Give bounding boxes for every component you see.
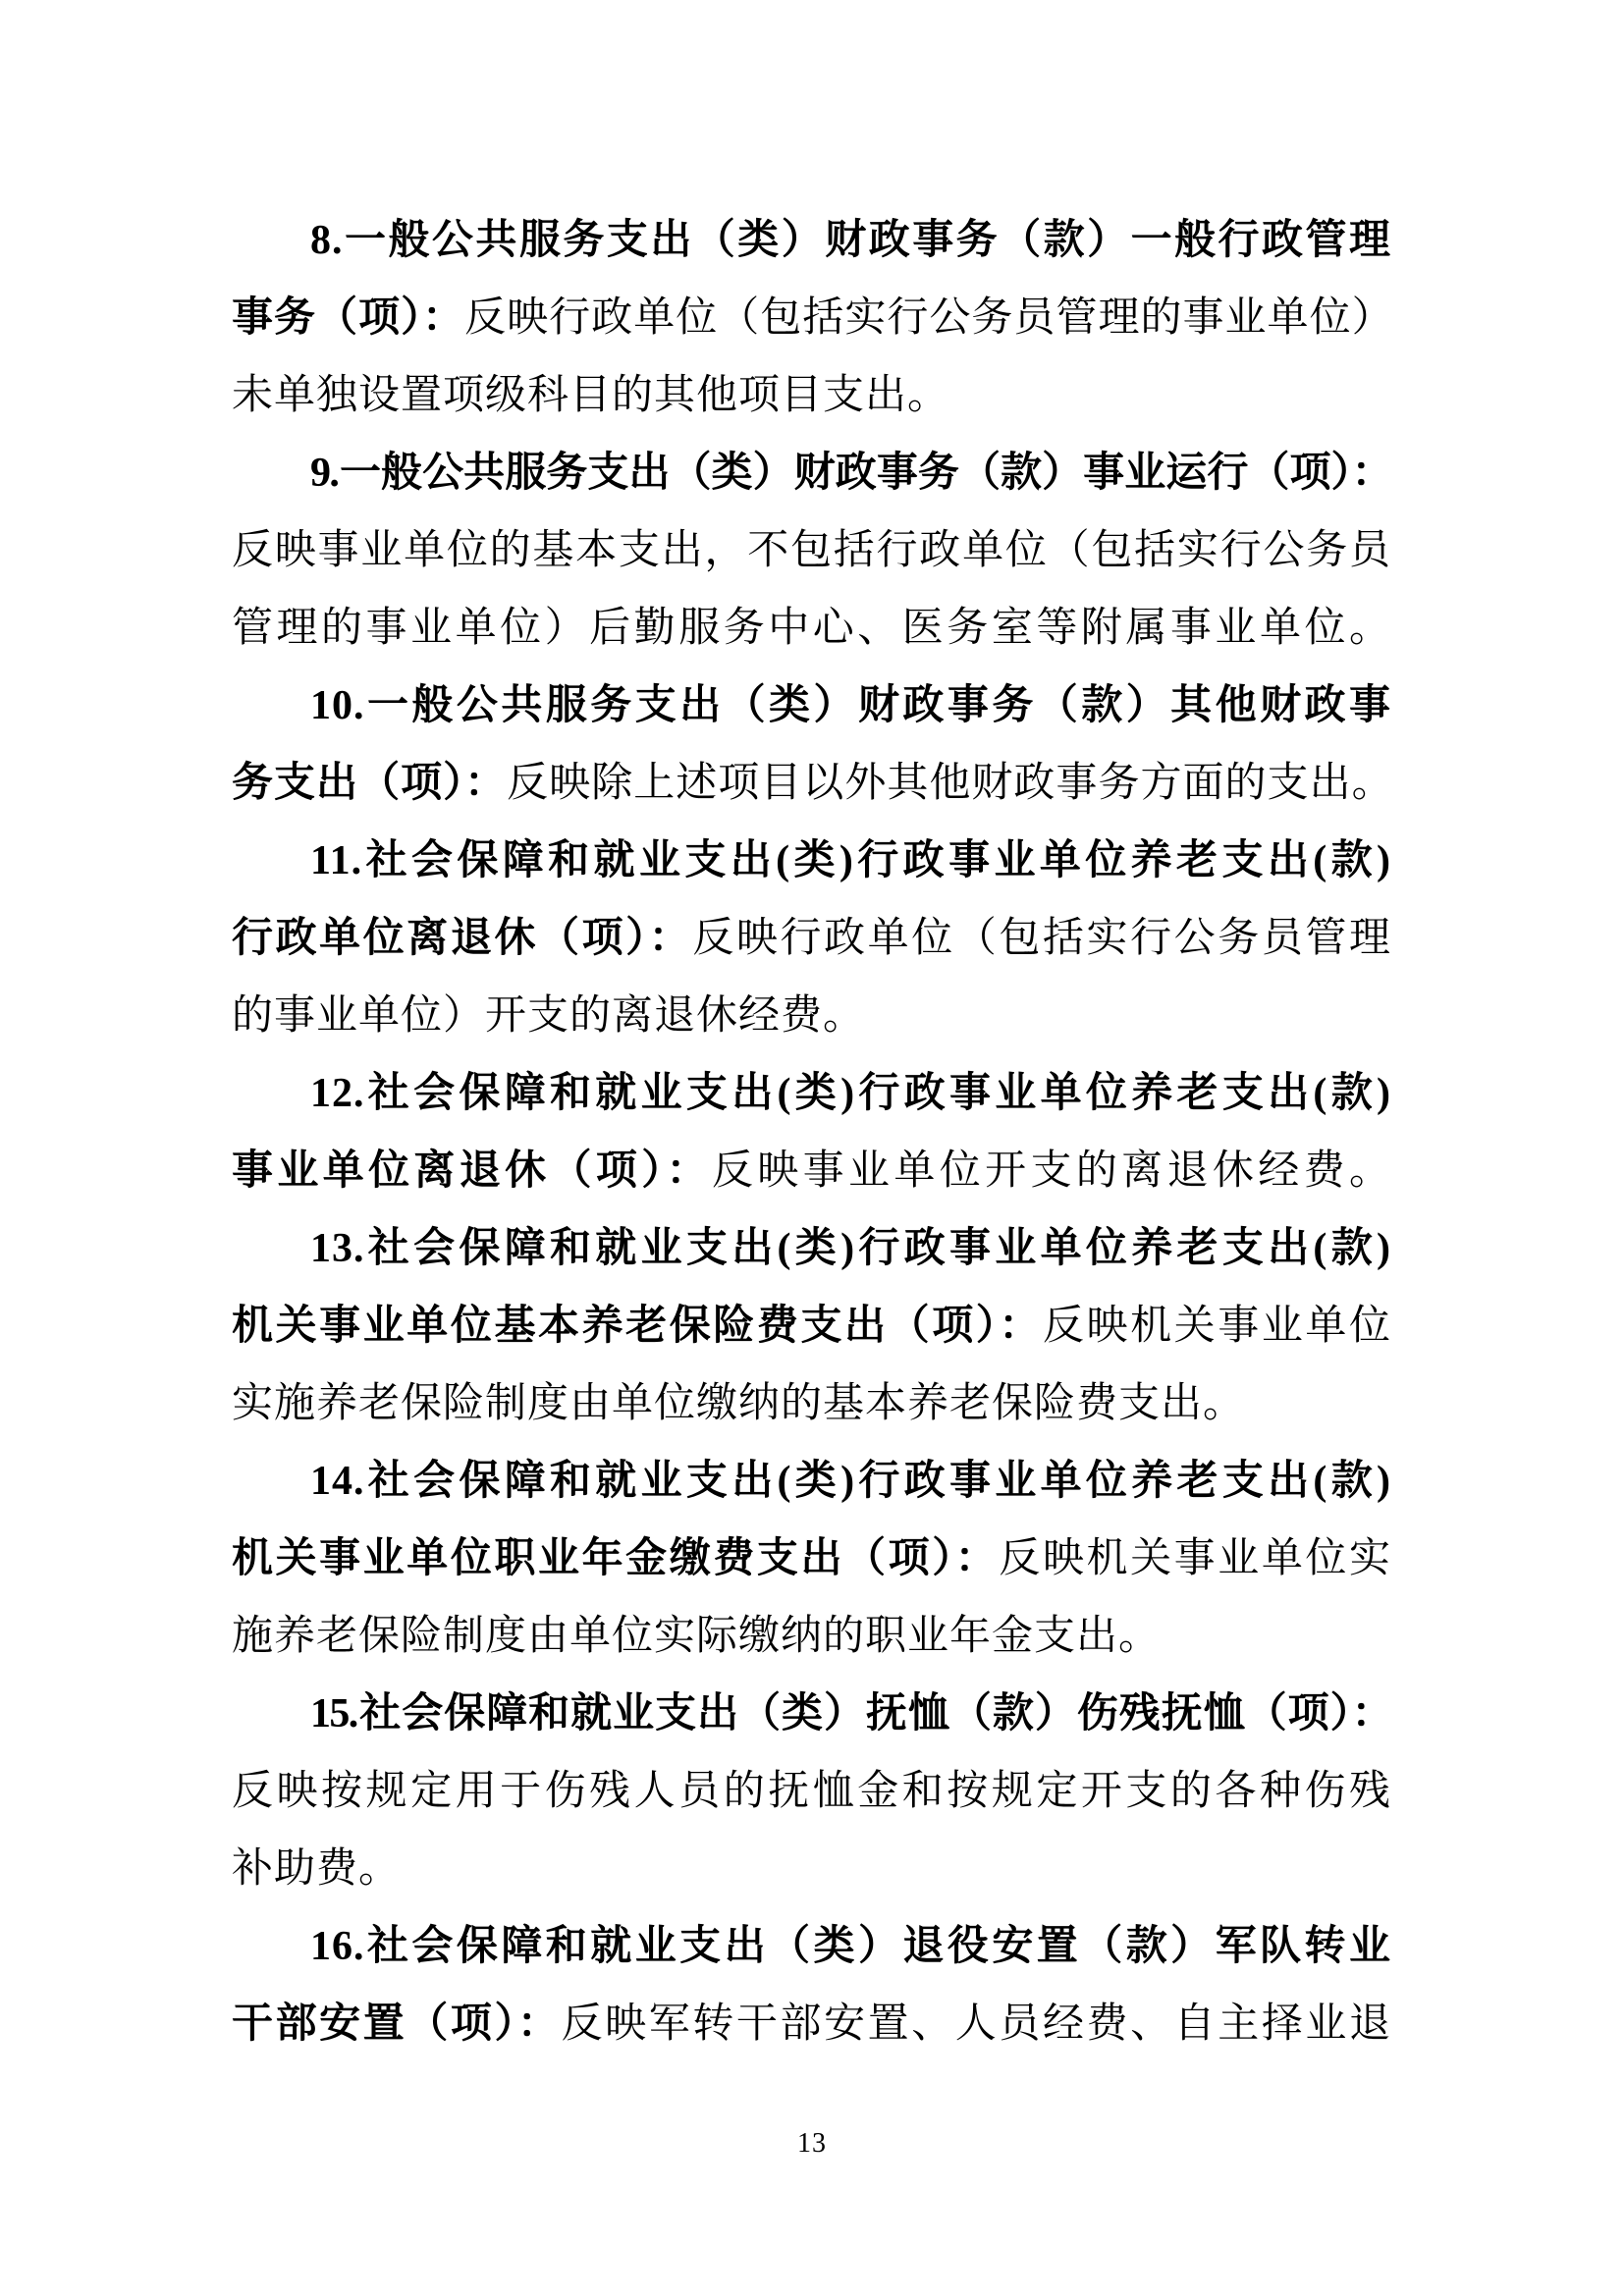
text-line: 8.一般公共服务支出（类）财政事务（款）一般行政管理	[232, 202, 1391, 280]
paragraph-8: 8.一般公共服务支出（类）财政事务（款）一般行政管理事务（项）：反映行政单位（包…	[232, 202, 1391, 435]
heading-run: 8.一般公共服务支出（类）财政事务（款）一般行政管理	[310, 218, 1391, 263]
paragraph-16: 16.社会保障和就业支出（类）退役安置（款）军队转业干部安置（项）：反映军转干部…	[232, 1908, 1391, 2063]
body-run: 反映军转干部安置、人员经费、自主择业退	[562, 2002, 1391, 2047]
heading-run: 机关事业单位职业年金缴费支出（项）：	[232, 1536, 999, 1581]
text-line: 11.社会保障和就业支出(类)行政事业单位养老支出(款)	[232, 823, 1391, 900]
body-run: 反映机关事业单位实	[999, 1536, 1391, 1581]
body-run: 补助费。	[232, 1846, 401, 1892]
text-line: 事务（项）：反映行政单位（包括实行公务员管理的事业单位）	[232, 280, 1391, 357]
paragraph-12: 12.社会保障和就业支出(类)行政事业单位养老支出(款)事业单位离退休（项）：反…	[232, 1055, 1391, 1210]
body-run: 管理的事业单位）后勤服务中心、医务室等附属事业单位。	[232, 606, 1391, 651]
text-line: 14.社会保障和就业支出(类)行政事业单位养老支出(款)	[232, 1443, 1391, 1521]
body-run: 反映事业单位的基本支出，不包括行政单位（包括实行公务员	[232, 528, 1391, 573]
document-page: 8.一般公共服务支出（类）财政事务（款）一般行政管理事务（项）：反映行政单位（包…	[0, 0, 1624, 2296]
body-run: 反映机关事业单位	[1043, 1304, 1391, 1349]
heading-run: 16.社会保障和就业支出（类）退役安置（款）军队转业	[310, 1924, 1391, 1969]
text-block: 8.一般公共服务支出（类）财政事务（款）一般行政管理事务（项）：反映行政单位（包…	[232, 202, 1391, 2063]
body-run: 施养老保险制度由单位实际缴纳的职业年金支出。	[232, 1614, 1161, 1659]
text-line: 未单独设置项级科目的其他项目支出。	[232, 357, 1391, 435]
heading-run: 11.社会保障和就业支出(类)行政事业单位养老支出(款)	[310, 838, 1391, 883]
body-run: 反映按规定用于伤残人员的抚恤金和按规定开支的各种伤残	[232, 1769, 1391, 1814]
heading-run: 10.一般公共服务支出（类）财政事务（款）其他财政事	[310, 683, 1391, 728]
heading-run: 事业单位离退休（项）：	[232, 1148, 712, 1194]
paragraph-11: 11.社会保障和就业支出(类)行政事业单位养老支出(款)行政单位离退休（项）：反…	[232, 823, 1391, 1055]
text-line: 行政单位离退休（项）：反映行政单位（包括实行公务员管理	[232, 900, 1391, 978]
heading-run: 9.一般公共服务支出（类）财政事务（款）事业运行（项）：	[310, 451, 1391, 496]
body-run: 反映行政单位（包括实行公务员管理	[692, 916, 1391, 961]
body-run: 反映行政单位（包括实行公务员管理的事业单位）	[464, 295, 1391, 341]
text-line: 10.一般公共服务支出（类）财政事务（款）其他财政事	[232, 667, 1391, 745]
heading-run: 12.社会保障和就业支出(类)行政事业单位养老支出(款)	[310, 1071, 1391, 1116]
body-run: 的事业单位）开支的离退休经费。	[232, 993, 865, 1039]
text-line: 补助费。	[232, 1831, 1391, 1908]
text-line: 实施养老保险制度由单位缴纳的基本养老保险费支出。	[232, 1365, 1391, 1443]
paragraph-13: 13.社会保障和就业支出(类)行政事业单位养老支出(款)机关事业单位基本养老保险…	[232, 1210, 1391, 1443]
text-line: 施养老保险制度由单位实际缴纳的职业年金支出。	[232, 1598, 1391, 1676]
paragraph-15: 15.社会保障和就业支出（类）抚恤（款）伤残抚恤（项）：反映按规定用于伤残人员的…	[232, 1676, 1391, 1908]
heading-run: 行政单位离退休（项）：	[232, 916, 692, 961]
text-line: 机关事业单位基本养老保险费支出（项）：反映机关事业单位	[232, 1288, 1391, 1365]
text-line: 16.社会保障和就业支出（类）退役安置（款）军队转业	[232, 1908, 1391, 1986]
heading-run: 机关事业单位基本养老保险费支出（项）：	[232, 1304, 1043, 1349]
text-line: 反映事业单位的基本支出，不包括行政单位（包括实行公务员	[232, 512, 1391, 590]
paragraph-10: 10.一般公共服务支出（类）财政事务（款）其他财政事务支出（项）：反映除上述项目…	[232, 667, 1391, 823]
text-line: 管理的事业单位）后勤服务中心、医务室等附属事业单位。	[232, 590, 1391, 667]
text-line: 干部安置（项）：反映军转干部安置、人员经费、自主择业退	[232, 1986, 1391, 2063]
heading-run: 事务（项）：	[232, 295, 464, 341]
heading-run: 务支出（项）：	[232, 761, 507, 806]
body-run: 实施养老保险制度由单位缴纳的基本养老保险费支出。	[232, 1381, 1245, 1426]
paragraph-14: 14.社会保障和就业支出(类)行政事业单位养老支出(款)机关事业单位职业年金缴费…	[232, 1443, 1391, 1676]
page-number: 13	[0, 2126, 1624, 2162]
text-line: 9.一般公共服务支出（类）财政事务（款）事业运行（项）：	[232, 435, 1391, 512]
body-run: 反映事业单位开支的离退休经费。	[712, 1148, 1391, 1194]
text-line: 事业单位离退休（项）：反映事业单位开支的离退休经费。	[232, 1133, 1391, 1210]
body-run: 未单独设置项级科目的其他项目支出。	[232, 373, 949, 418]
heading-run: 13.社会保障和就业支出(类)行政事业单位养老支出(款)	[310, 1226, 1391, 1271]
paragraph-9: 9.一般公共服务支出（类）财政事务（款）事业运行（项）：反映事业单位的基本支出，…	[232, 435, 1391, 667]
text-line: 15.社会保障和就业支出（类）抚恤（款）伤残抚恤（项）：	[232, 1676, 1391, 1753]
text-line: 机关事业单位职业年金缴费支出（项）：反映机关事业单位实	[232, 1521, 1391, 1598]
text-line: 反映按规定用于伤残人员的抚恤金和按规定开支的各种伤残	[232, 1753, 1391, 1831]
text-line: 13.社会保障和就业支出(类)行政事业单位养老支出(款)	[232, 1210, 1391, 1288]
text-line: 12.社会保障和就业支出(类)行政事业单位养老支出(款)	[232, 1055, 1391, 1133]
heading-run: 干部安置（项）：	[232, 2002, 562, 2047]
text-line: 务支出（项）：反映除上述项目以外其他财政事务方面的支出。	[232, 745, 1391, 823]
text-line: 的事业单位）开支的离退休经费。	[232, 978, 1391, 1055]
heading-run: 15.社会保障和就业支出（类）抚恤（款）伤残抚恤（项）：	[310, 1691, 1391, 1736]
body-run: 反映除上述项目以外其他财政事务方面的支出。	[507, 761, 1391, 806]
heading-run: 14.社会保障和就业支出(类)行政事业单位养老支出(款)	[310, 1459, 1391, 1504]
